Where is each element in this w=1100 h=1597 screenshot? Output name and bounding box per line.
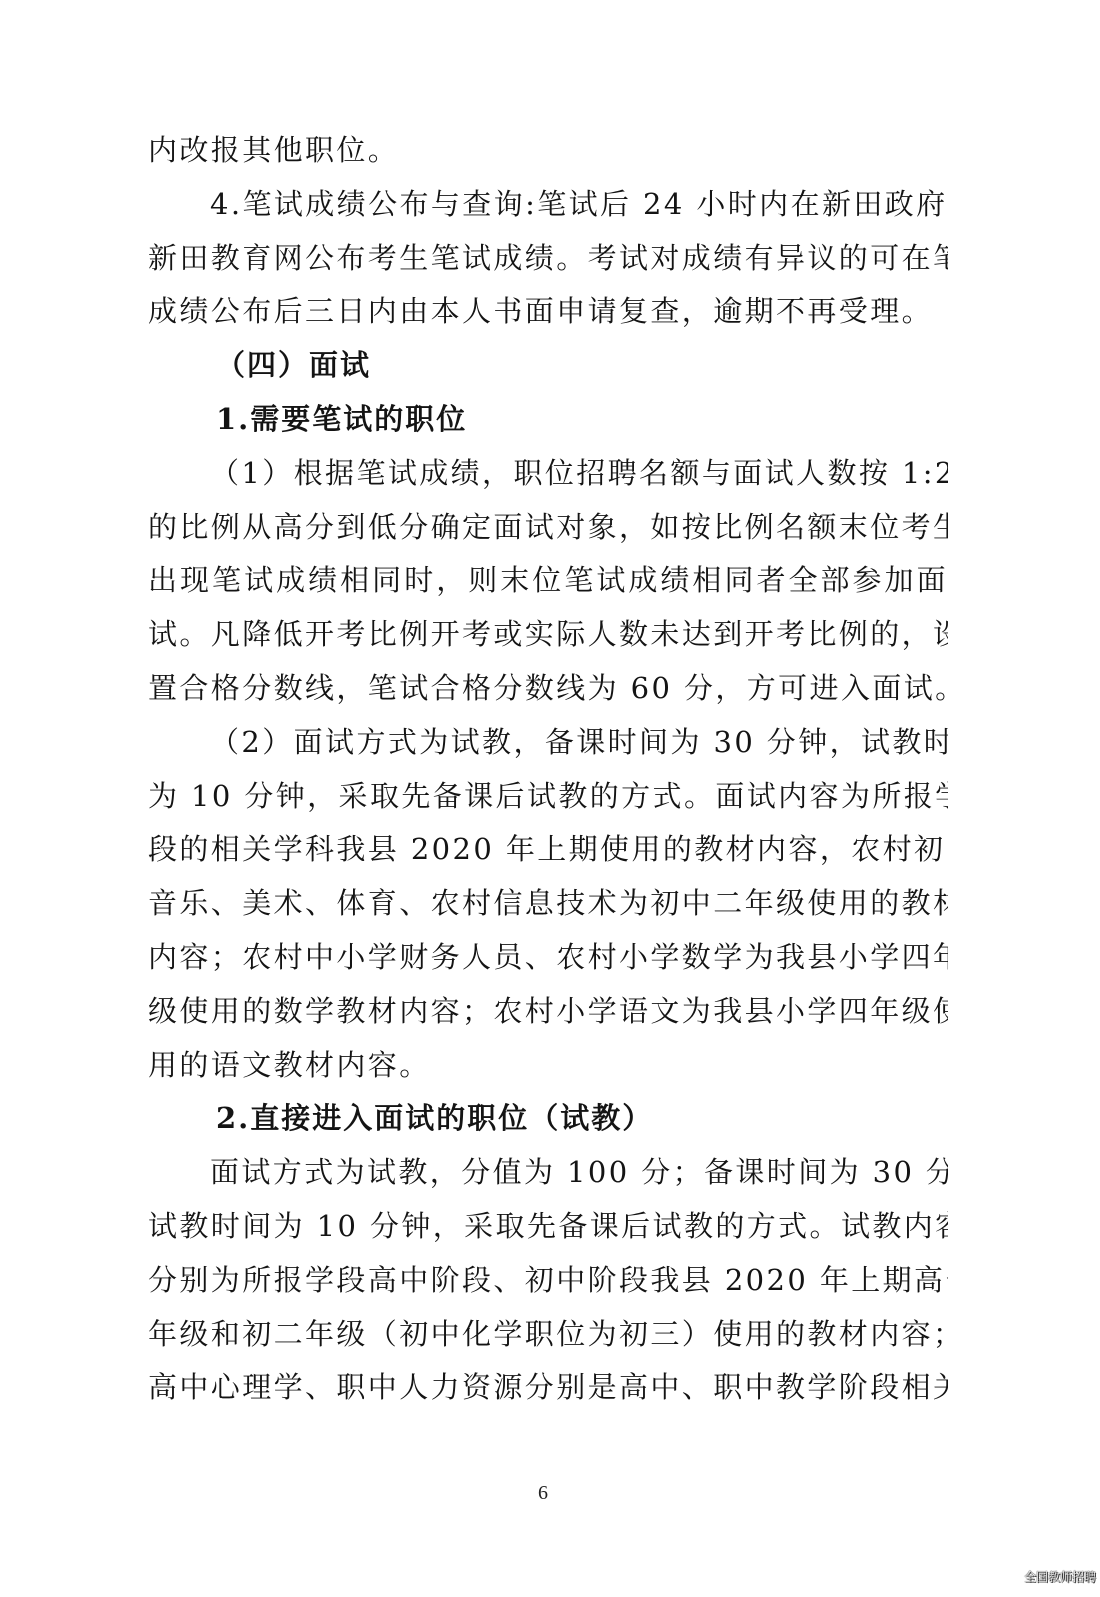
text-line: 段的相关学科我县 2020 年上期使用的教材内容，农村初中 bbox=[148, 823, 948, 877]
text-line: 级使用的数学教材内容；农村小学语文为我县小学四年级使 bbox=[148, 985, 948, 1039]
text-line-item-1: （1）根据笔试成绩，职位招聘名额与面试人数按 1:2 bbox=[148, 447, 948, 501]
text-line-item-2: （2）面试方式为试教，备课时间为 30 分钟，试教时间 bbox=[148, 716, 948, 770]
document-page: 内改报其他职位。 4.笔试成绩公布与查询:笔试后 24 小时内在新田政府网、 新… bbox=[0, 0, 1100, 1597]
subsection-heading-written-exam-positions: 1.需要笔试的职位 bbox=[148, 393, 948, 447]
text-line: 出现笔试成绩相同时，则末位笔试成绩相同者全部参加面 bbox=[148, 554, 948, 608]
watermark: 全国教师招聘 bbox=[1024, 1568, 1096, 1585]
text-line: 置合格分数线，笔试合格分数线为 60 分，方可进入面试。 bbox=[148, 662, 948, 716]
document-body: 内改报其他职位。 4.笔试成绩公布与查询:笔试后 24 小时内在新田政府网、 新… bbox=[148, 124, 948, 1415]
section-heading-interview: （四）面试 bbox=[148, 339, 948, 393]
text-line-item-4: 4.笔试成绩公布与查询:笔试后 24 小时内在新田政府网、 bbox=[148, 178, 948, 232]
text-line: 为 10 分钟，采取先备课后试教的方式。面试内容为所报学 bbox=[148, 770, 948, 824]
subsection-heading-direct-interview-positions: 2.直接进入面试的职位（试教） bbox=[148, 1092, 948, 1146]
text-line: 新田教育网公布考生笔试成绩。考试对成绩有异议的可在笔试 bbox=[148, 232, 948, 286]
text-line: 试教时间为 10 分钟，采取先备课后试教的方式。试教内容 bbox=[148, 1200, 948, 1254]
text-line: 高中心理学、职中人力资源分别是高中、职中教学阶段相关 bbox=[148, 1361, 948, 1415]
text-line: 内改报其他职位。 bbox=[148, 124, 948, 178]
text-line: 面试方式为试教，分值为 100 分；备课时间为 30 分钟， bbox=[148, 1146, 948, 1200]
text-line: 分别为所报学段高中阶段、初中阶段我县 2020 年上期高一 bbox=[148, 1254, 948, 1308]
text-line: 成绩公布后三日内由本人书面申请复查，逾期不再受理。 bbox=[148, 285, 948, 339]
text-line: 音乐、美术、体育、农村信息技术为初中二年级使用的教材 bbox=[148, 877, 948, 931]
text-line: 试。凡降低开考比例开考或实际人数未达到开考比例的，设 bbox=[148, 608, 948, 662]
text-line: 年级和初二年级（初中化学职位为初三）使用的教材内容； bbox=[148, 1308, 948, 1362]
text-line: 内容；农村中小学财务人员、农村小学数学为我县小学四年 bbox=[148, 931, 948, 985]
text-line: 用的语文教材内容。 bbox=[148, 1039, 948, 1093]
page-number: 6 bbox=[538, 1482, 548, 1505]
text-line: 的比例从高分到低分确定面试对象，如按比例名额末位考生 bbox=[148, 501, 948, 555]
